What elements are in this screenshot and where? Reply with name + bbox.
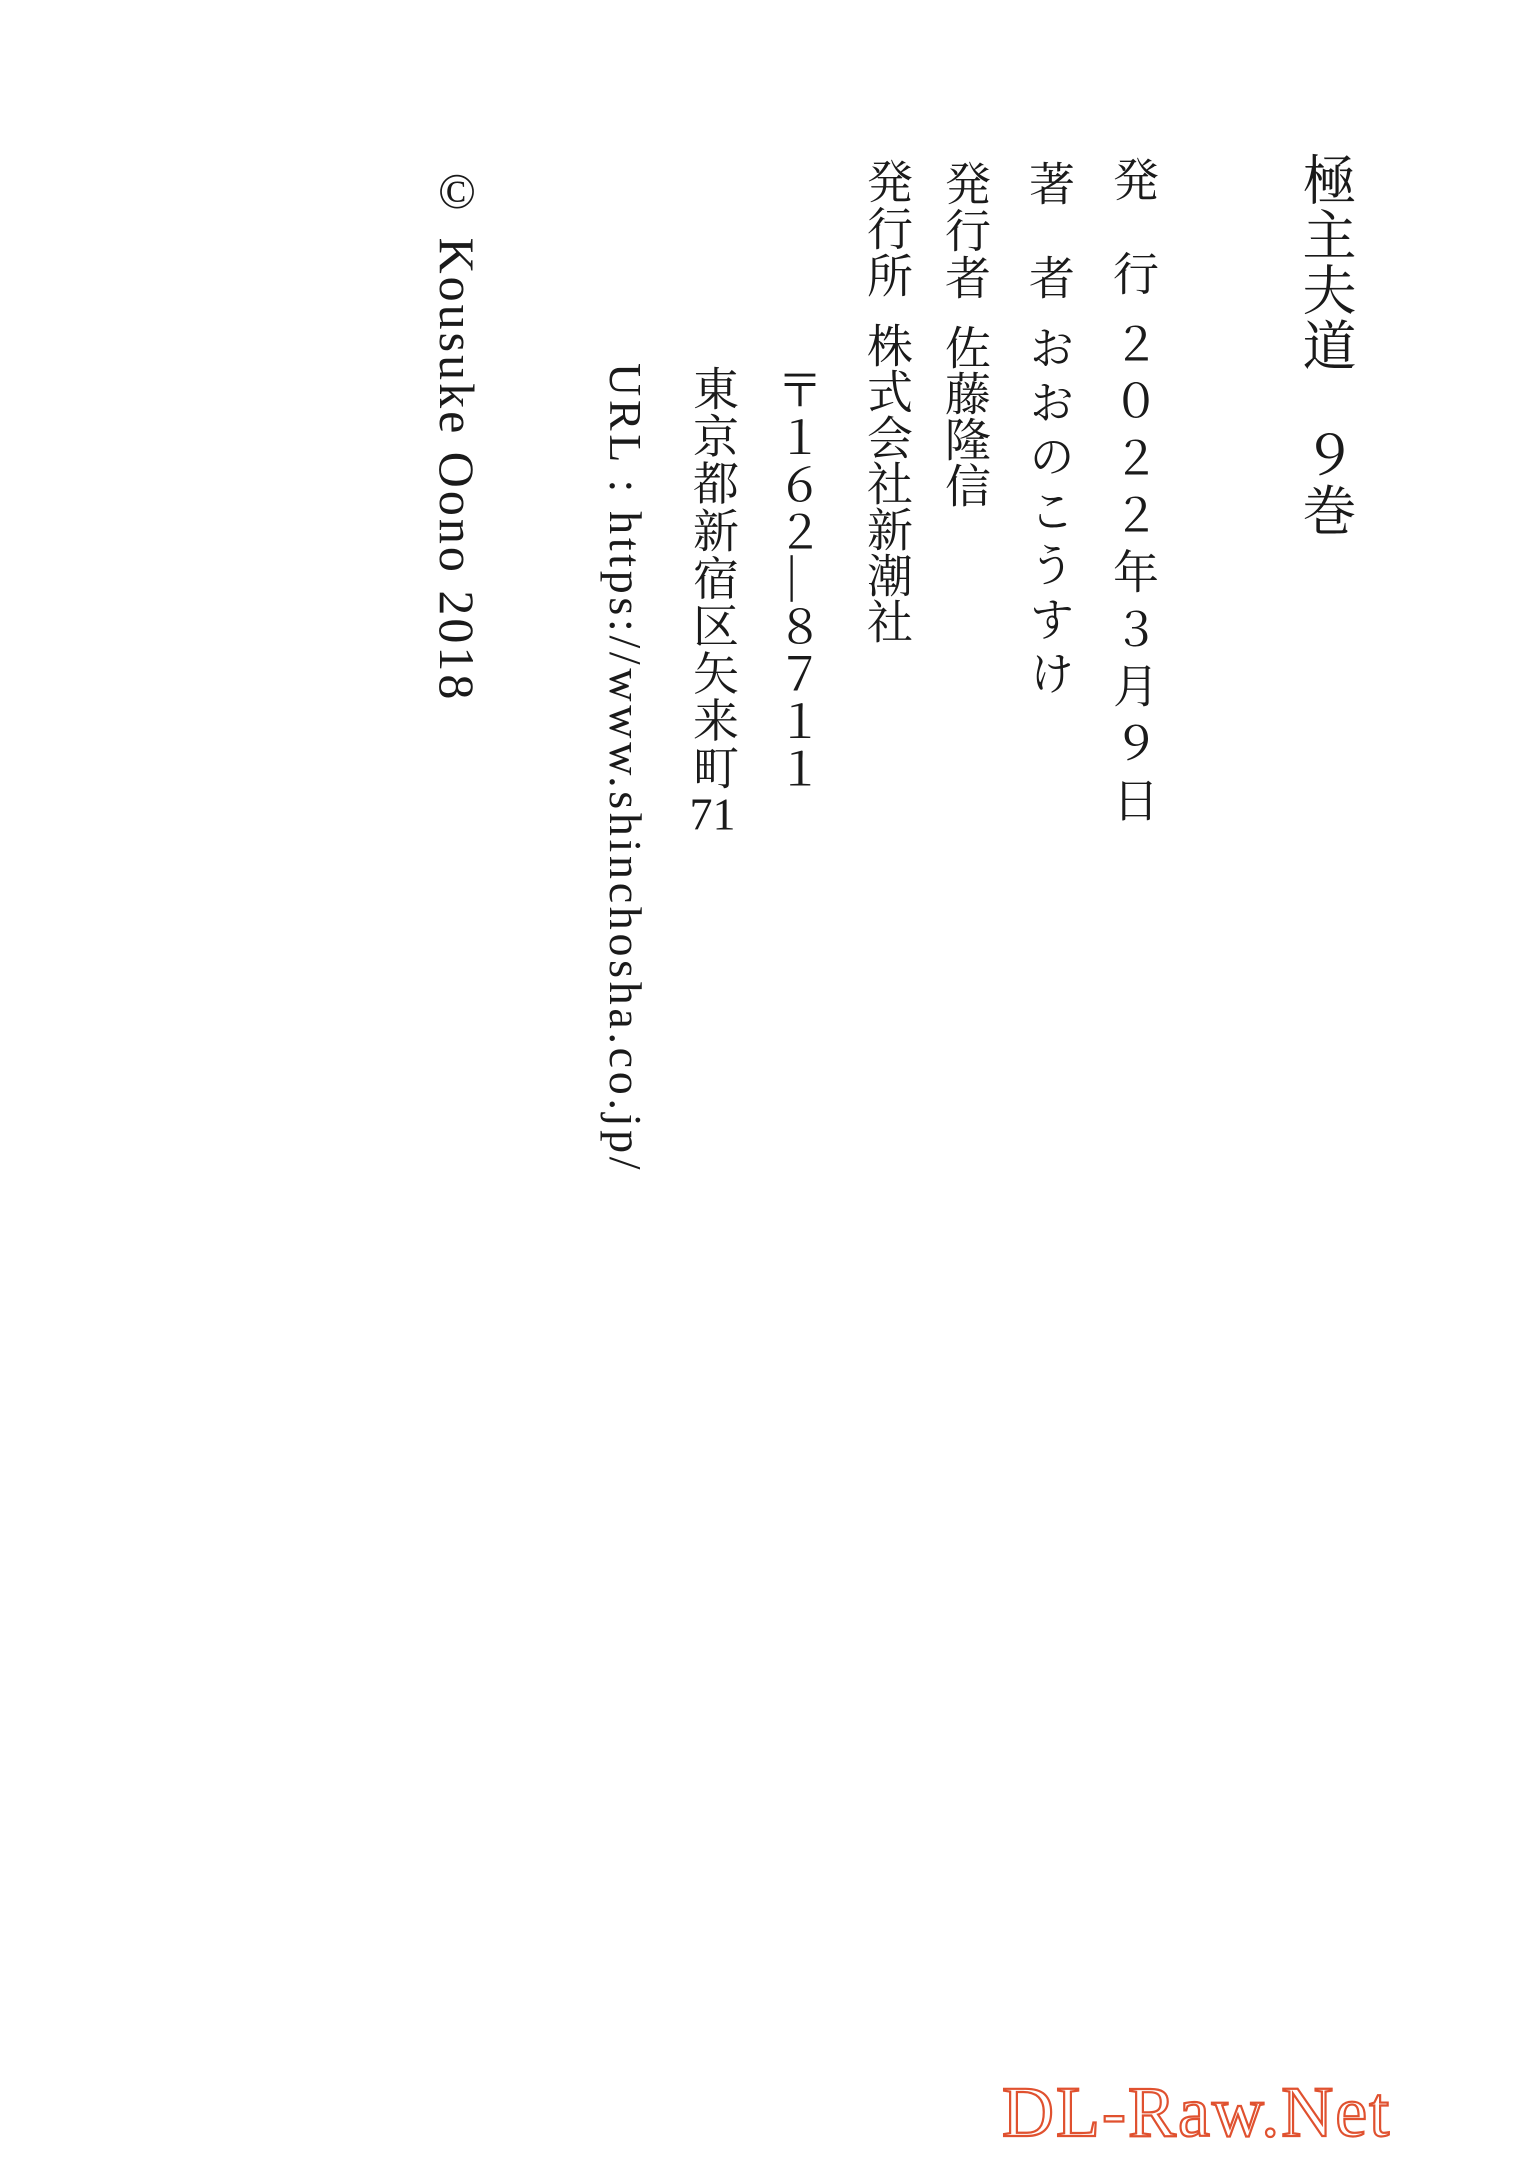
postal-code-column: 〒１６２—８７１１: [773, 366, 819, 792]
publisher-person-column: 発行者佐藤隆信: [941, 160, 987, 508]
publisher-company-label: 発行所: [861, 158, 912, 299]
publish-date-column: 発 行２０２２年３月９日: [1109, 156, 1155, 833]
address-main: 東京都新宿区矢来町: [687, 365, 738, 791]
publisher-company-column: 発行所株式会社新潮社: [863, 158, 909, 644]
author-value: おおのこうすけ: [1023, 324, 1074, 704]
publisher-url-column: URL : https://www.shinchosha.co.jp/: [602, 363, 648, 1173]
address-column: 東京都新宿区矢来町71: [689, 365, 735, 837]
publish-date-label: 発 行: [1107, 156, 1158, 297]
publisher-person-value: 佐藤隆信: [939, 324, 990, 508]
watermark: DL-Raw.Net: [1002, 2076, 1391, 2148]
address-number: 71: [687, 791, 738, 837]
colophon-page: 極主夫道 ９巻 発 行２０２２年３月９日 著 者おおのこうすけ 発行者佐藤隆信 …: [0, 0, 1521, 2160]
copyright-notice-column: © Kousuke Oono 2018: [432, 163, 482, 702]
publisher-person-label: 発行者: [939, 160, 990, 301]
book-title: 極主夫道 ９巻: [1298, 152, 1352, 538]
author-label: 著 者: [1023, 160, 1074, 301]
publish-date-value: ２０２２年３月９日: [1107, 320, 1158, 833]
publisher-company-value: 株式会社新潮社: [861, 322, 912, 644]
author-column: 著 者おおのこうすけ: [1025, 160, 1071, 704]
